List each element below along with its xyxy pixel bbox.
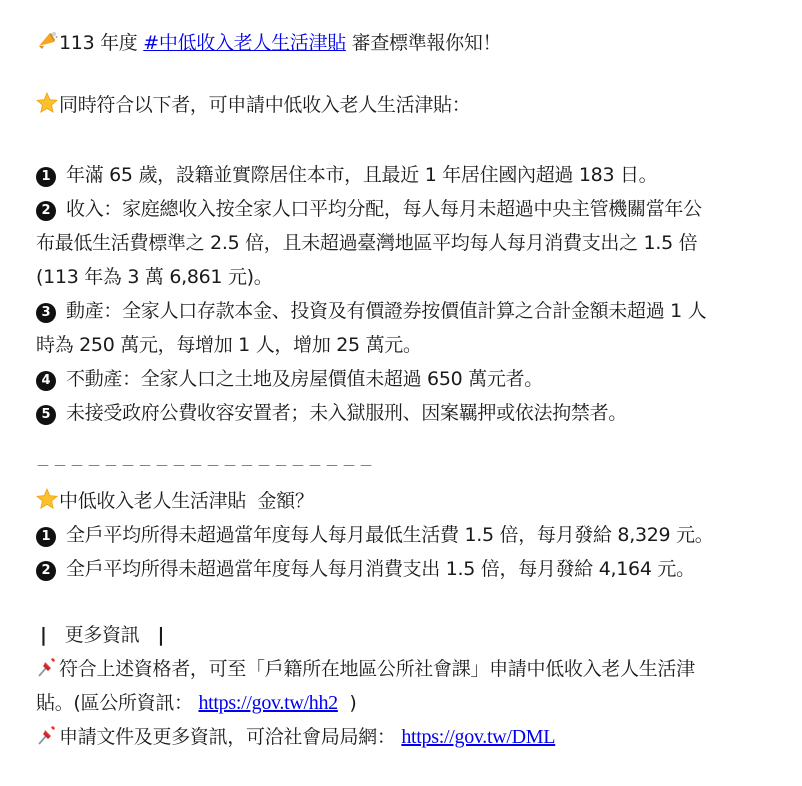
item-text: 收入：家庭總收入按全家人口平均分配，每人每月未超過中央主管機關當年公 [66,198,702,220]
star-icon [36,488,58,510]
more-info-item-2: 申請文件及更多資訊，可洽社會局局網： https://gov.tw/DML [36,720,555,754]
megaphone-icon [36,30,58,52]
star-icon [36,92,58,114]
social-affairs-link[interactable]: https://gov.tw/DML [401,726,555,748]
more-info-heading-text: 更多資訊 [65,624,140,646]
eligibility-heading-text: 同時符合以下者，可申請中低收入老人生活津貼： [59,94,470,116]
item-text: 申請文件及更多資訊，可洽社會局局網： [59,726,401,748]
item-text: 布最低生活費標準之 2.5 倍，且未超過臺灣地區平均每人每月消費支出之 1.5 … [36,232,697,254]
item-text: 未接受政府公費收容安置者；未入獄服刑、因案羈押或依法拘禁者。 [66,402,627,424]
amount-heading-text: 中低收入老人生活津貼 金額？ [59,490,314,512]
item-text: 年滿 65 歲，設籍並實際居住本市，且最近 1 年居住國內超過 183 日。 [66,164,657,186]
eligibility-item-2-cont2: (113 年為 3 萬 6,861 元)。 [36,260,272,294]
eligibility-item-3-cont: 時為 250 萬元，每增加 1 人，增加 25 萬元。 [36,328,422,362]
eligibility-item-2: 2收入：家庭總收入按全家人口平均分配，每人每月未超過中央主管機關當年公 [36,192,702,226]
amount-item-2: 2全戶平均所得未超過當年度每人每月消費支出 1.5 倍，每月發給 4,164 元… [36,552,695,586]
more-info-item-1: 符合上述資格者，可至「戶籍所在地區公所社會課」申請中低收入老人生活津 [36,652,695,686]
district-office-link[interactable]: https://gov.tw/hh2 [198,692,337,714]
item-text: ) [338,692,357,714]
item-text: 動產：全家人口存款本金、投資及有價證券按價值計算之合計金額未超過 1 人 [66,300,706,322]
eligibility-item-4: 4不動產：全家人口之土地及房屋價值未超過 650 萬元者。 [36,362,543,396]
eligibility-heading: 同時符合以下者，可申請中低收入老人生活津貼： [36,88,470,122]
title-suffix: 審查標準報你知！ [346,32,501,54]
eligibility-item-5: 5未接受政府公費收容安置者；未入獄服刑、因案羈押或依法拘禁者。 [36,396,627,430]
bar-left: | [40,624,47,646]
hashtag-link[interactable]: #中低收入老人生活津貼 [143,32,346,54]
more-info-item-1-cont: 貼。(區公所資訊： https://gov.tw/hh2 ) [36,686,356,720]
item-text: 符合上述資格者，可至「戶籍所在地區公所社會課」申請中低收入老人生活津 [59,658,695,680]
eligibility-item-2-cont: 布最低生活費標準之 2.5 倍，且未超過臺灣地區平均每人每月消費支出之 1.5 … [36,226,697,260]
eligibility-item-3: 3動產：全家人口存款本金、投資及有價證券按價值計算之合計金額未超過 1 人 [36,294,706,328]
circled-number-icon: 2 [36,561,56,581]
circled-number-icon: 2 [36,201,56,221]
more-info-heading: |更多資訊| [36,618,172,652]
circled-number-icon: 4 [36,371,56,391]
circled-number-icon: 5 [36,405,56,425]
item-text: (113 年為 3 萬 6,861 元)。 [36,266,272,288]
item-text: 全戶平均所得未超過當年度每人每月最低生活費 1.5 倍，每月發給 8,329 元… [66,524,713,546]
bar-right: | [157,624,164,646]
title-year: 113 年度 [59,32,143,54]
amount-heading: 中低收入老人生活津貼 金額？ [36,484,314,518]
item-text: 貼。(區公所資訊： [36,692,198,714]
pushpin-icon [36,656,58,678]
amount-item-1: 1全戶平均所得未超過當年度每人每月最低生活費 1.5 倍，每月發給 8,329 … [36,518,713,552]
circled-number-icon: 1 [36,527,56,547]
eligibility-item-1: 1年滿 65 歲，設籍並實際居住本市，且最近 1 年居住國內超過 183 日。 [36,158,657,192]
title-line: 113 年度 #中低收入老人生活津貼 審查標準報你知！ [36,26,501,60]
item-text: 時為 250 萬元，每增加 1 人，增加 25 萬元。 [36,334,422,356]
item-text: 全戶平均所得未超過當年度每人每月消費支出 1.5 倍，每月發給 4,164 元。 [66,558,695,580]
circled-number-icon: 1 [36,167,56,187]
section-divider: －－－－－－－－－－－－－－－－－－－－ [36,450,376,484]
circled-number-icon: 3 [36,303,56,323]
pushpin-icon [36,724,58,746]
item-text: 不動產：全家人口之土地及房屋價值未超過 650 萬元者。 [66,368,543,390]
